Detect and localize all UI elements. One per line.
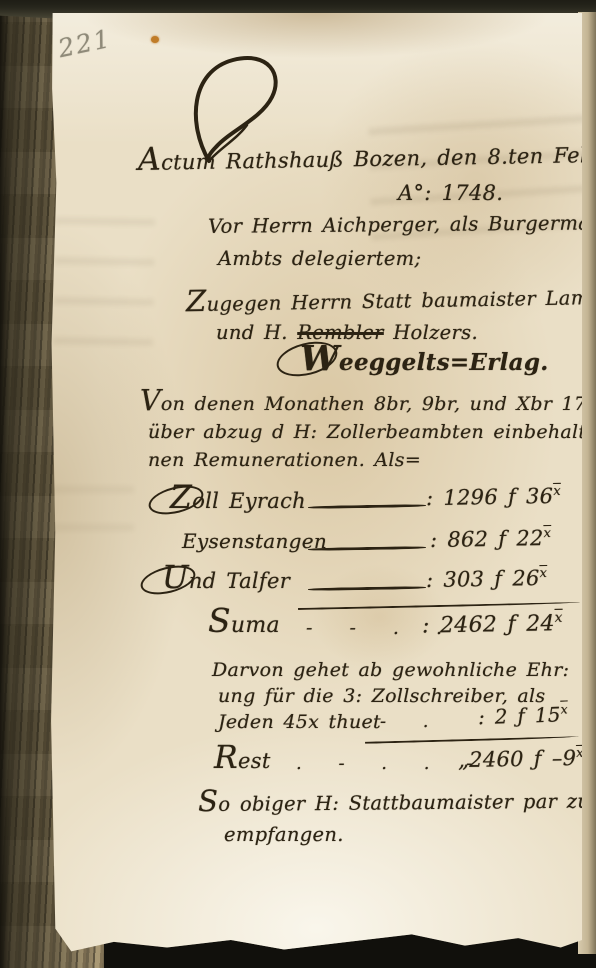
manuscript-scan: 221 Actum Rathshauß Bozen, den 8.ten Feb…: [0, 0, 596, 968]
attendees-line1: Zugegen Herrn Statt baumaister Lambrecht…: [186, 285, 596, 316]
sum-rule: [298, 602, 580, 610]
ink-bleedthrough: [53, 197, 156, 359]
folio-number: 221: [56, 24, 115, 64]
closing-line2: empfangen.: [224, 823, 344, 846]
kreuzer-sign: x: [539, 566, 547, 581]
rest-rule: [365, 736, 579, 744]
intro-line2: über abzug d H: Zollerbeambten einbehalt…: [148, 421, 593, 443]
row3-amount-text: : 303 ƒ 26: [426, 566, 540, 592]
present-official-line2: Ambts delegiertem;: [218, 247, 421, 270]
deduction-amount: : 2 ƒ 15x: [478, 701, 569, 729]
dateline-line2: A°: 1748.: [398, 181, 503, 205]
row1-amount: : 1296 ƒ 36x: [426, 484, 561, 510]
row2-label: Eysenstangen: [182, 529, 327, 553]
deduction-line3: Jeden 45x thuet: [218, 711, 381, 733]
rest-amount: „2460 ƒ –9x: [458, 746, 584, 772]
attendees-line2-post: Holzers.: [384, 321, 478, 344]
suma-amount: : 2462 ƒ 24x: [422, 610, 563, 639]
deduction-amount-text: : 2 ƒ 15: [478, 702, 562, 729]
leader-dash: [308, 504, 426, 509]
suma-amount-text: : 2462 ƒ 24: [422, 611, 555, 638]
ink-bleedthrough: [54, 468, 134, 558]
kreuzer-sign: x: [543, 526, 551, 541]
account-row-label: Zoll Eyrach: [148, 487, 306, 513]
paper-stain: [151, 36, 159, 43]
deduction-line1: Darvon gehet ab gewohnliche Ehr:: [212, 659, 569, 681]
kreuzer-sign: x: [553, 484, 561, 499]
attendees-line2-pre: und H.: [216, 321, 297, 344]
present-official-line1: Vor Herrn Aichperger, als Burgermaister: [208, 211, 596, 238]
intro-line1: Von denen Monathen 8br, 9br, und Xbr 174…: [140, 393, 596, 415]
row1-amount-text: : 1296 ƒ 36: [426, 484, 554, 510]
row2-amount: : 862 ƒ 22x: [430, 526, 552, 552]
account-row-label: Und Talfer: [140, 567, 290, 593]
attendees-line2: und H. Rembler Holzers.: [216, 321, 478, 344]
rest-label: Rest: [214, 749, 271, 773]
rest-amount-text: „2460 ƒ –9: [458, 746, 577, 772]
deduction-leader: - .: [380, 711, 443, 732]
row2-amount-text: : 862 ƒ 22: [430, 526, 544, 552]
section-title: Weeggelts=Erlag.: [276, 343, 549, 376]
manuscript-page: 221 Actum Rathshauß Bozen, den 8.ten Feb…: [50, 13, 582, 957]
kreuzer-sign: x: [555, 610, 563, 626]
suma-label: Suma: [208, 613, 280, 638]
closing-line1: So obiger H: Stattbaumaister par zu Hand…: [198, 789, 596, 816]
leader-dash: [308, 586, 426, 591]
kreuzer-sign: x: [560, 701, 568, 716]
row3-amount: : 303 ƒ 26x: [426, 566, 548, 592]
intro-line3: nen Remunerationen. Als=: [148, 449, 421, 471]
